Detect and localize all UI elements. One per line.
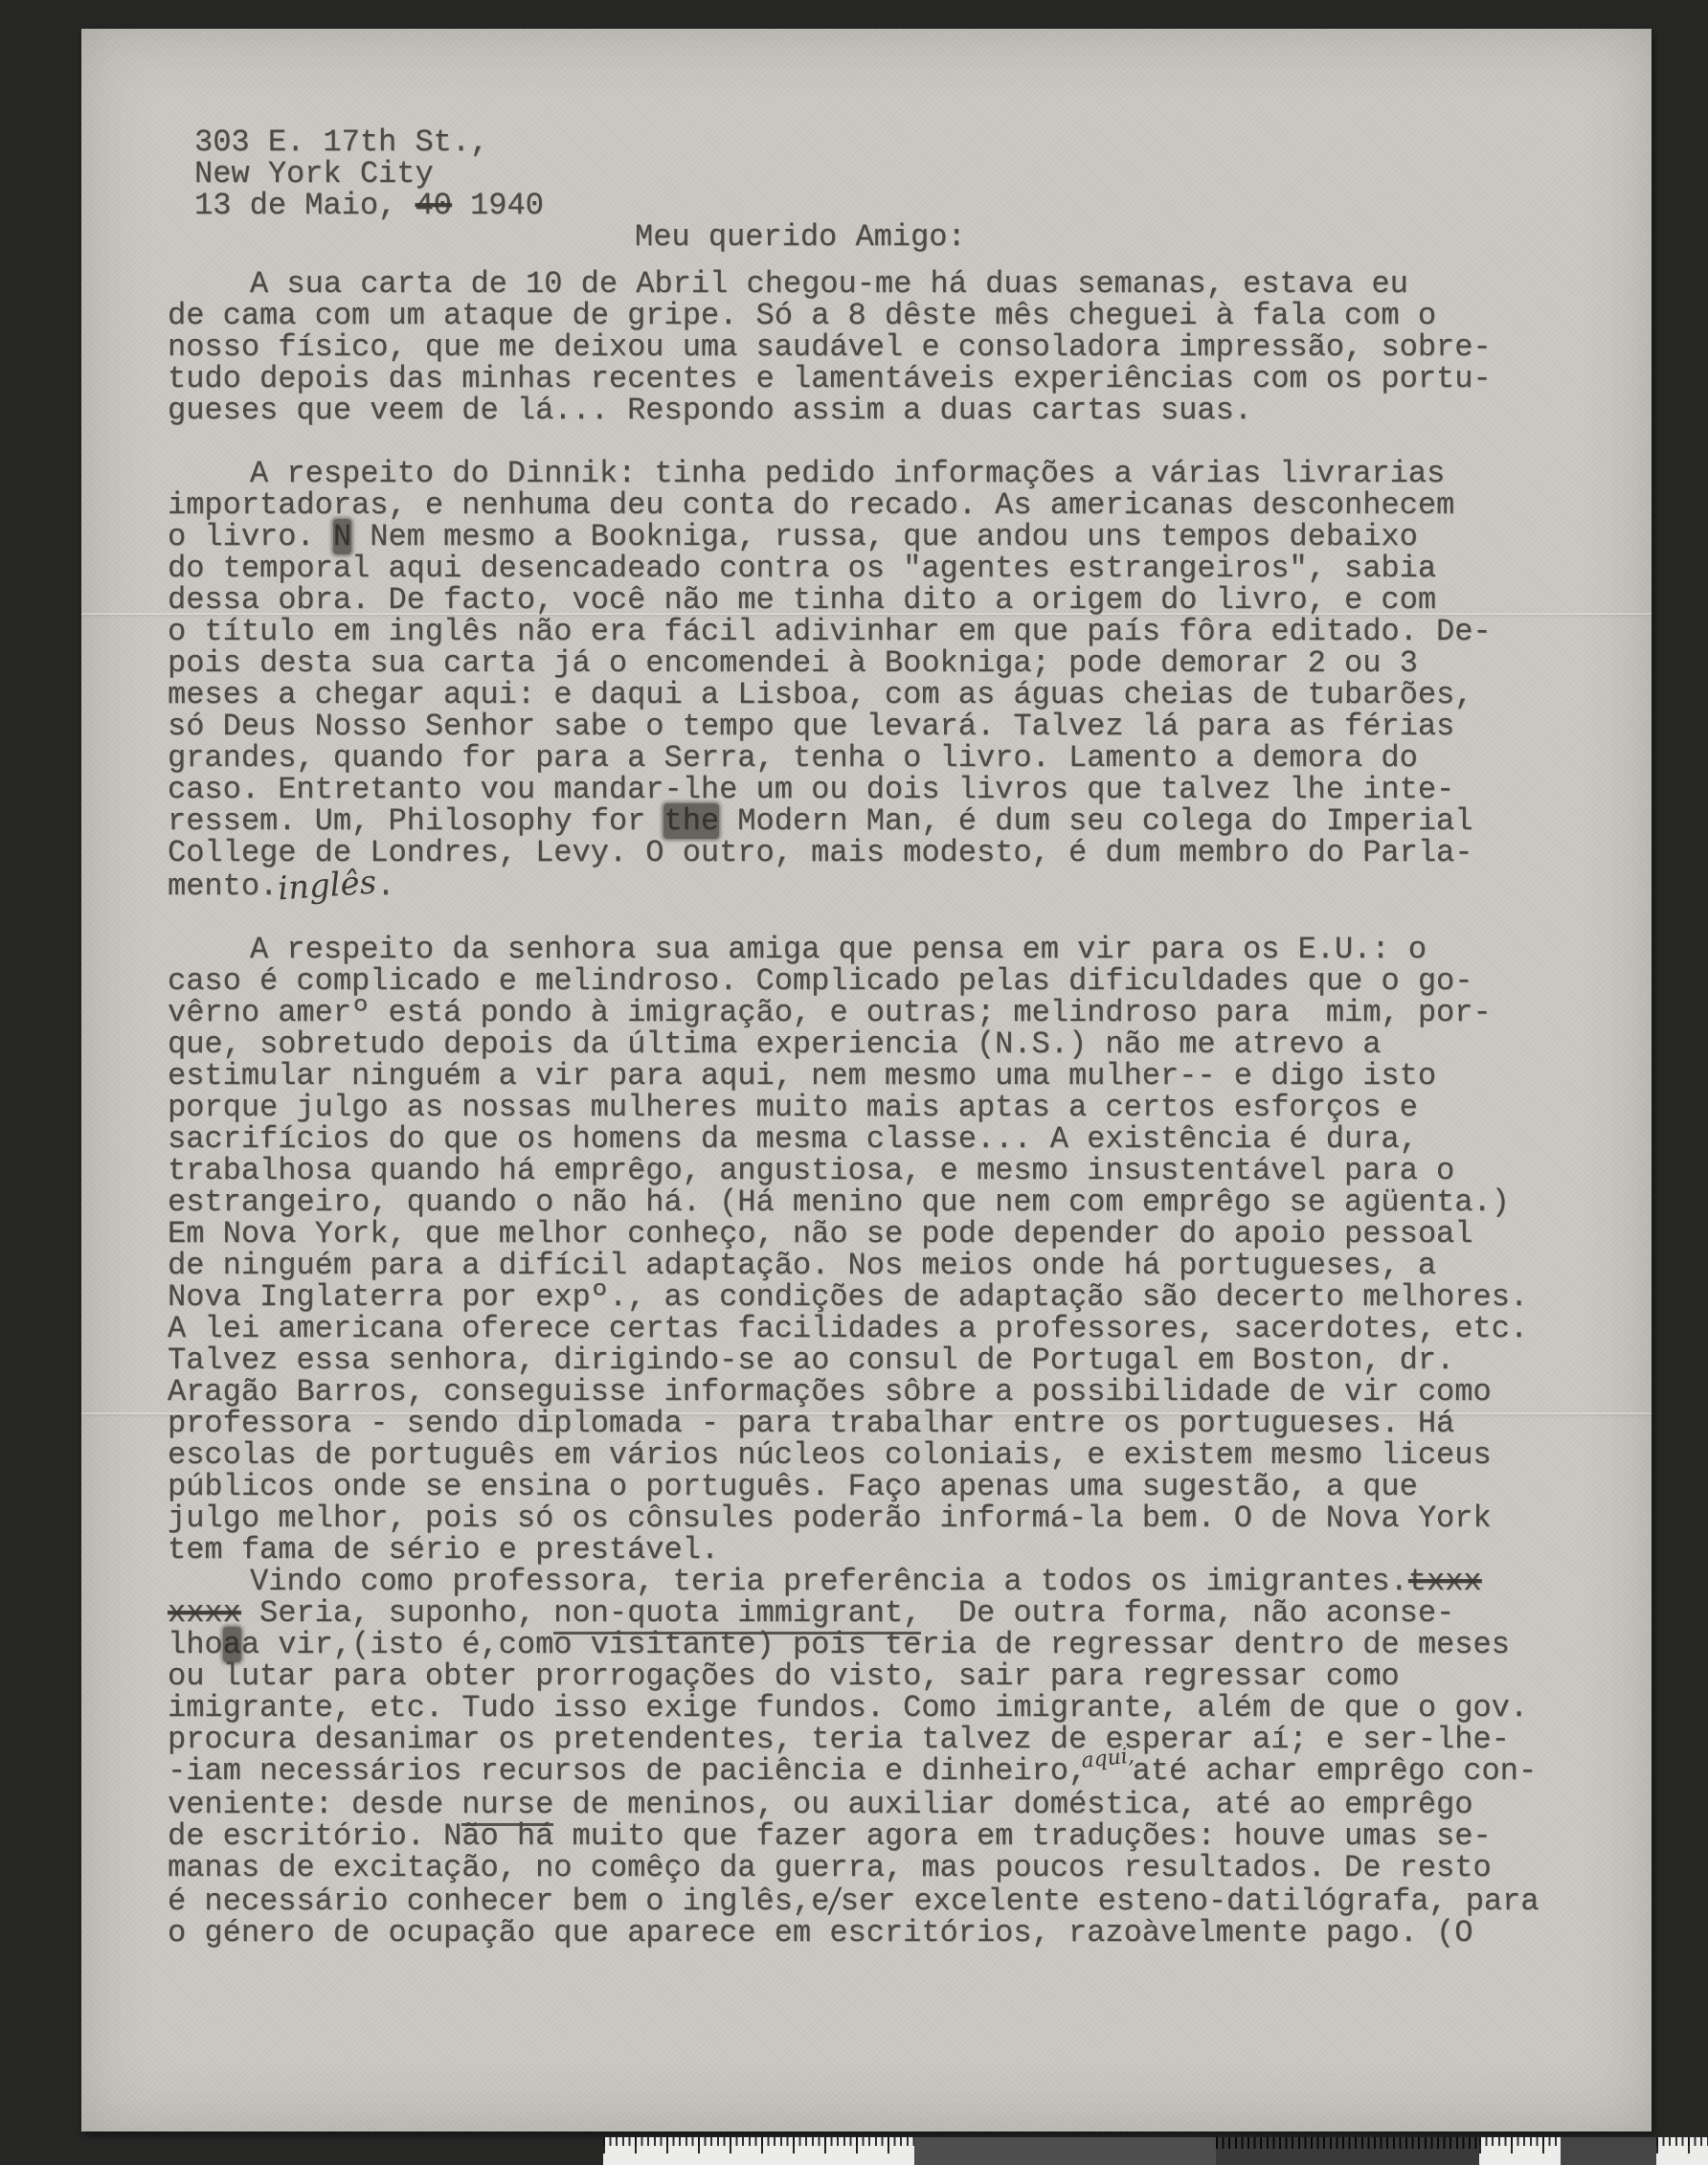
letter-line: A respeito do Dinnik: tinha pedido infor… [168,458,1596,489]
handwritten-annotation: aqui, [1080,1740,1136,1777]
letter-line: meses a chegar aqui: e daqui a Lisboa, c… [168,679,1596,710]
letter-line: de escritório. Não há muito que fazer ag… [168,1820,1596,1852]
letter-line: escolas de português em vários núcleos c… [168,1439,1596,1471]
letter-line: procura desanimar os pretendentes, teria… [168,1724,1596,1755]
letter-line: do temporal aqui desencadeado contra os … [168,553,1596,584]
letter-line: de cama com um ataque de gripe. Só a 8 d… [168,300,1596,331]
letter-line: dessa obra. De facto, você não me tinha … [168,584,1596,616]
letter-line: Vindo como professora, teria preferência… [168,1566,1596,1597]
letter-line: que, sobretudo depois da última experien… [168,1028,1596,1060]
letter-paragraph: A sua carta de 10 de Abril chegou-me há … [168,268,1596,426]
letter-line: imigrante, etc. Tudo isso exige fundos. … [168,1692,1596,1724]
letter-line: o livro. N Nem mesmo a Bookniga, russa, … [168,521,1596,553]
letter-line: mento.inglês. [168,868,1596,902]
letter-line: professora - sendo diplomada - para trab… [168,1408,1596,1439]
letter-line: importadoras, e nenhuma deu conta do rec… [168,489,1596,521]
letter-body: A sua carta de 10 de Abril chegou-me há … [168,268,1596,1949]
ruler-segment [1561,2137,1656,2165]
letter-line: -iam necessários recursos de paciência e… [168,1755,1596,1789]
letter-line: só Deus Nosso Senhor sabe o tempo que le… [168,710,1596,742]
struck-text: txxx [1408,1564,1482,1599]
handwritten-annotation: / [828,1885,842,1918]
letter-line: pois desta sua carta já o encomendei à B… [168,647,1596,679]
overstruck-text: N [333,519,351,554]
letter-line: o título em inglês não era fácil adivinh… [168,616,1596,647]
ruler-segment [1656,2137,1708,2165]
letter-line: públicos onde se ensina o português. Faç… [168,1471,1596,1502]
letter-header: 303 E. 17th St.,New York City13 de Maio,… [168,126,1596,221]
letter-line: 13 de Maio, 40 1940 [194,190,1596,221]
letter-line: ou lutar para obter prorrogações do vist… [168,1660,1596,1692]
letter-line: julgo melhor, pois só os cônsules poderã… [168,1502,1596,1534]
letter-line: caso. Entretanto vou mandar-lhe um ou do… [168,774,1596,805]
overstruck-text: a [223,1627,241,1662]
letter-line: manas de excitação, no comêço da guerra,… [168,1852,1596,1883]
letter-line: A lei americana oferece certas facilidad… [168,1313,1596,1344]
letter-line: de ninguém para a difícil adaptação. Nos… [168,1250,1596,1281]
letter-line: Aragão Barros, conseguisse informações s… [168,1376,1596,1408]
letter-line: vêrno amerº está pondo à imigração, e ou… [168,997,1596,1028]
letter-line: porque julgo as nossas mulheres muito ma… [168,1092,1596,1123]
overstruck-text: the [663,803,719,839]
letter-line: veniente: desde nurse de meninos, ou aux… [168,1789,1596,1820]
letter-line: Nova Inglaterra por expº., as condições … [168,1281,1596,1313]
letter-line: A sua carta de 10 de Abril chegou-me há … [168,268,1596,300]
letter-line: caso é complicado e melindroso. Complica… [168,965,1596,997]
struck-text: 40 [415,188,451,223]
ruler-segment [1479,2137,1561,2165]
letter-paragraph: A respeito do Dinnik: tinha pedido infor… [168,458,1596,902]
scale-ruler [603,2137,1708,2165]
salutation: Meu querido Amigo: [635,221,1596,253]
letter-line: sacrifícios do que os homens da mesma cl… [168,1123,1596,1155]
ruler-segment [603,2137,914,2165]
letter-paragraph: A respeito da senhora sua amiga que pens… [168,934,1596,1566]
letter-line: é necessário conhecer bem o inglês,e/ser… [168,1883,1596,1917]
letter-line: nosso físico, que me deixou uma saudável… [168,331,1596,363]
letter-line: lhoaa vir,(isto é,como visitante) pois t… [168,1629,1596,1660]
letter-line: xxxx Seria, suponho, non-quota immigrant… [168,1597,1596,1629]
letter-line: 303 E. 17th St., [194,126,1596,158]
letter-line: Talvez essa senhora, dirigindo-se ao con… [168,1344,1596,1376]
letter-line: estrangeiro, quando o não há. (Há menino… [168,1186,1596,1218]
struck-text: xxxx [168,1595,241,1631]
ruler-segment [1216,2137,1479,2165]
handwritten-annotation: inglês [277,867,377,905]
letter-line: tudo depois das minhas recentes e lament… [168,363,1596,395]
letter-line: trabalhosa quando há emprêgo, angustiosa… [168,1155,1596,1186]
letter-line: o género de ocupação que aparece em escr… [168,1917,1596,1949]
letter-line: tem fama de sério e prestável. [168,1534,1596,1566]
letter-line: grandes, quando for para a Serra, tenha … [168,742,1596,774]
letter-line: College de Londres, Levy. O outro, mais … [168,837,1596,868]
scanned-letter-background: 303 E. 17th St.,New York City13 de Maio,… [0,0,1708,2165]
ruler-segment [914,2137,1216,2165]
letter-line: estimular ninguém a vir para aqui, nem m… [168,1060,1596,1092]
letter-line: New York City [194,158,1596,190]
letter-content: 303 E. 17th St.,New York City13 de Maio,… [168,126,1596,1949]
letter-line: gueses que veem de lá... Respondo assim … [168,395,1596,426]
letter-line: ressem. Um, Philosophy for the Modern Ma… [168,805,1596,837]
letter-paragraph: Vindo como professora, teria preferência… [168,1566,1596,1949]
letter-line: Em Nova York, que melhor conheço, não se… [168,1218,1596,1250]
letter-page: 303 E. 17th St.,New York City13 de Maio,… [81,29,1652,2131]
letter-line: A respeito da senhora sua amiga que pens… [168,934,1596,965]
